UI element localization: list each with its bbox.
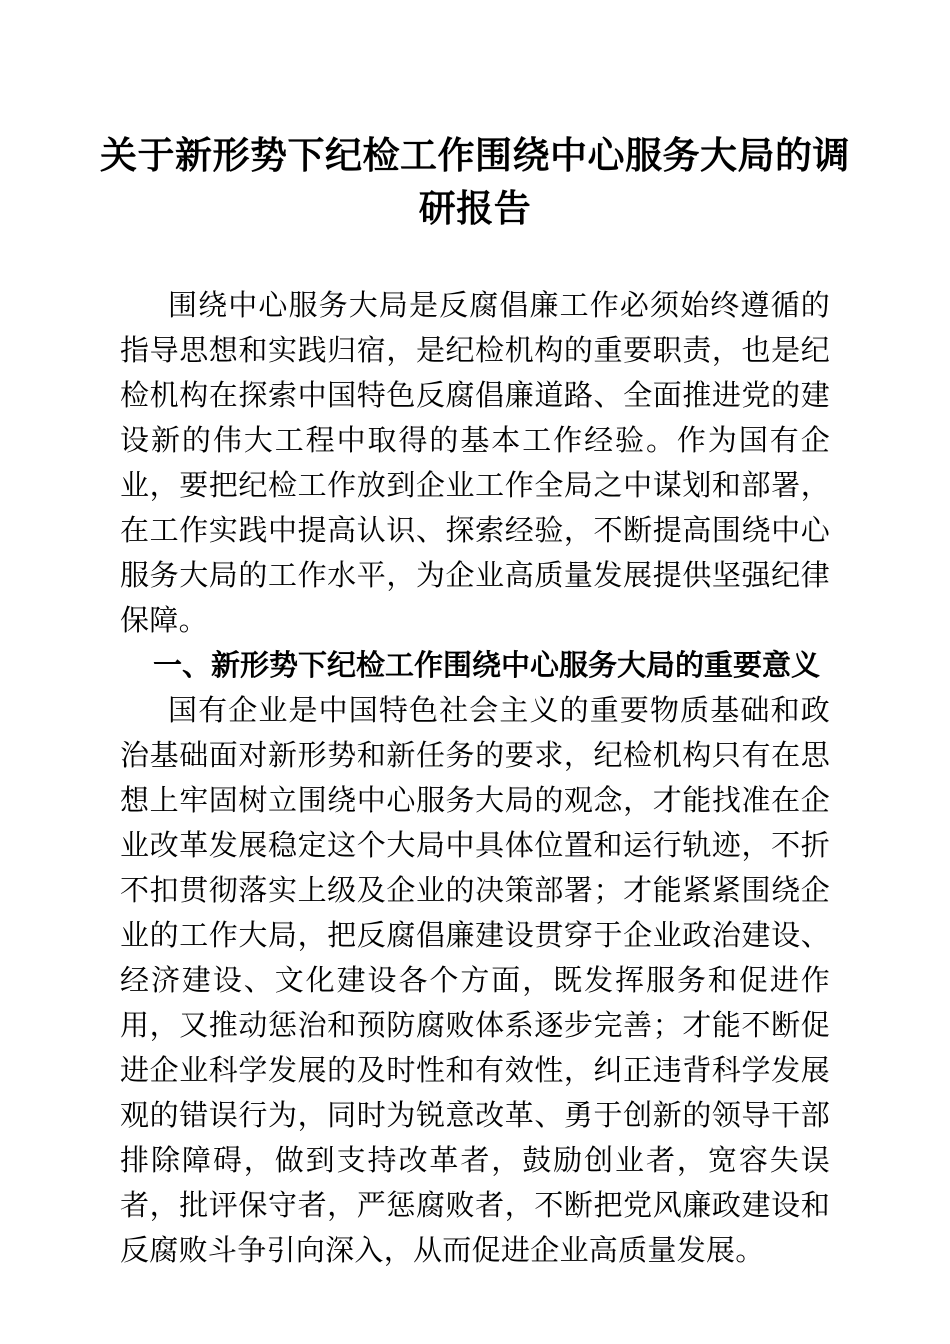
paragraph-section-1: 国有企业是中国特色社会主义的重要物质基础和政治基础面对新形势和新任务的要求，纪检… (120, 689, 830, 1274)
document-title: 关于新形势下纪检工作围绕中心服务大局的调研报告 (90, 0, 860, 236)
section-heading-1: 一、新形势下纪检工作围绕中心服务大局的重要意义 (120, 644, 830, 689)
paragraph-intro: 围绕中心服务大局是反腐倡廉工作必须始终遵循的指导思想和实践归宿，是纪检机构的重要… (120, 284, 830, 644)
document-body: 围绕中心服务大局是反腐倡廉工作必须始终遵循的指导思想和实践归宿，是纪检机构的重要… (0, 284, 950, 1274)
document-page: 关于新形势下纪检工作围绕中心服务大局的调研报告 围绕中心服务大局是反腐倡廉工作必… (0, 0, 950, 1344)
